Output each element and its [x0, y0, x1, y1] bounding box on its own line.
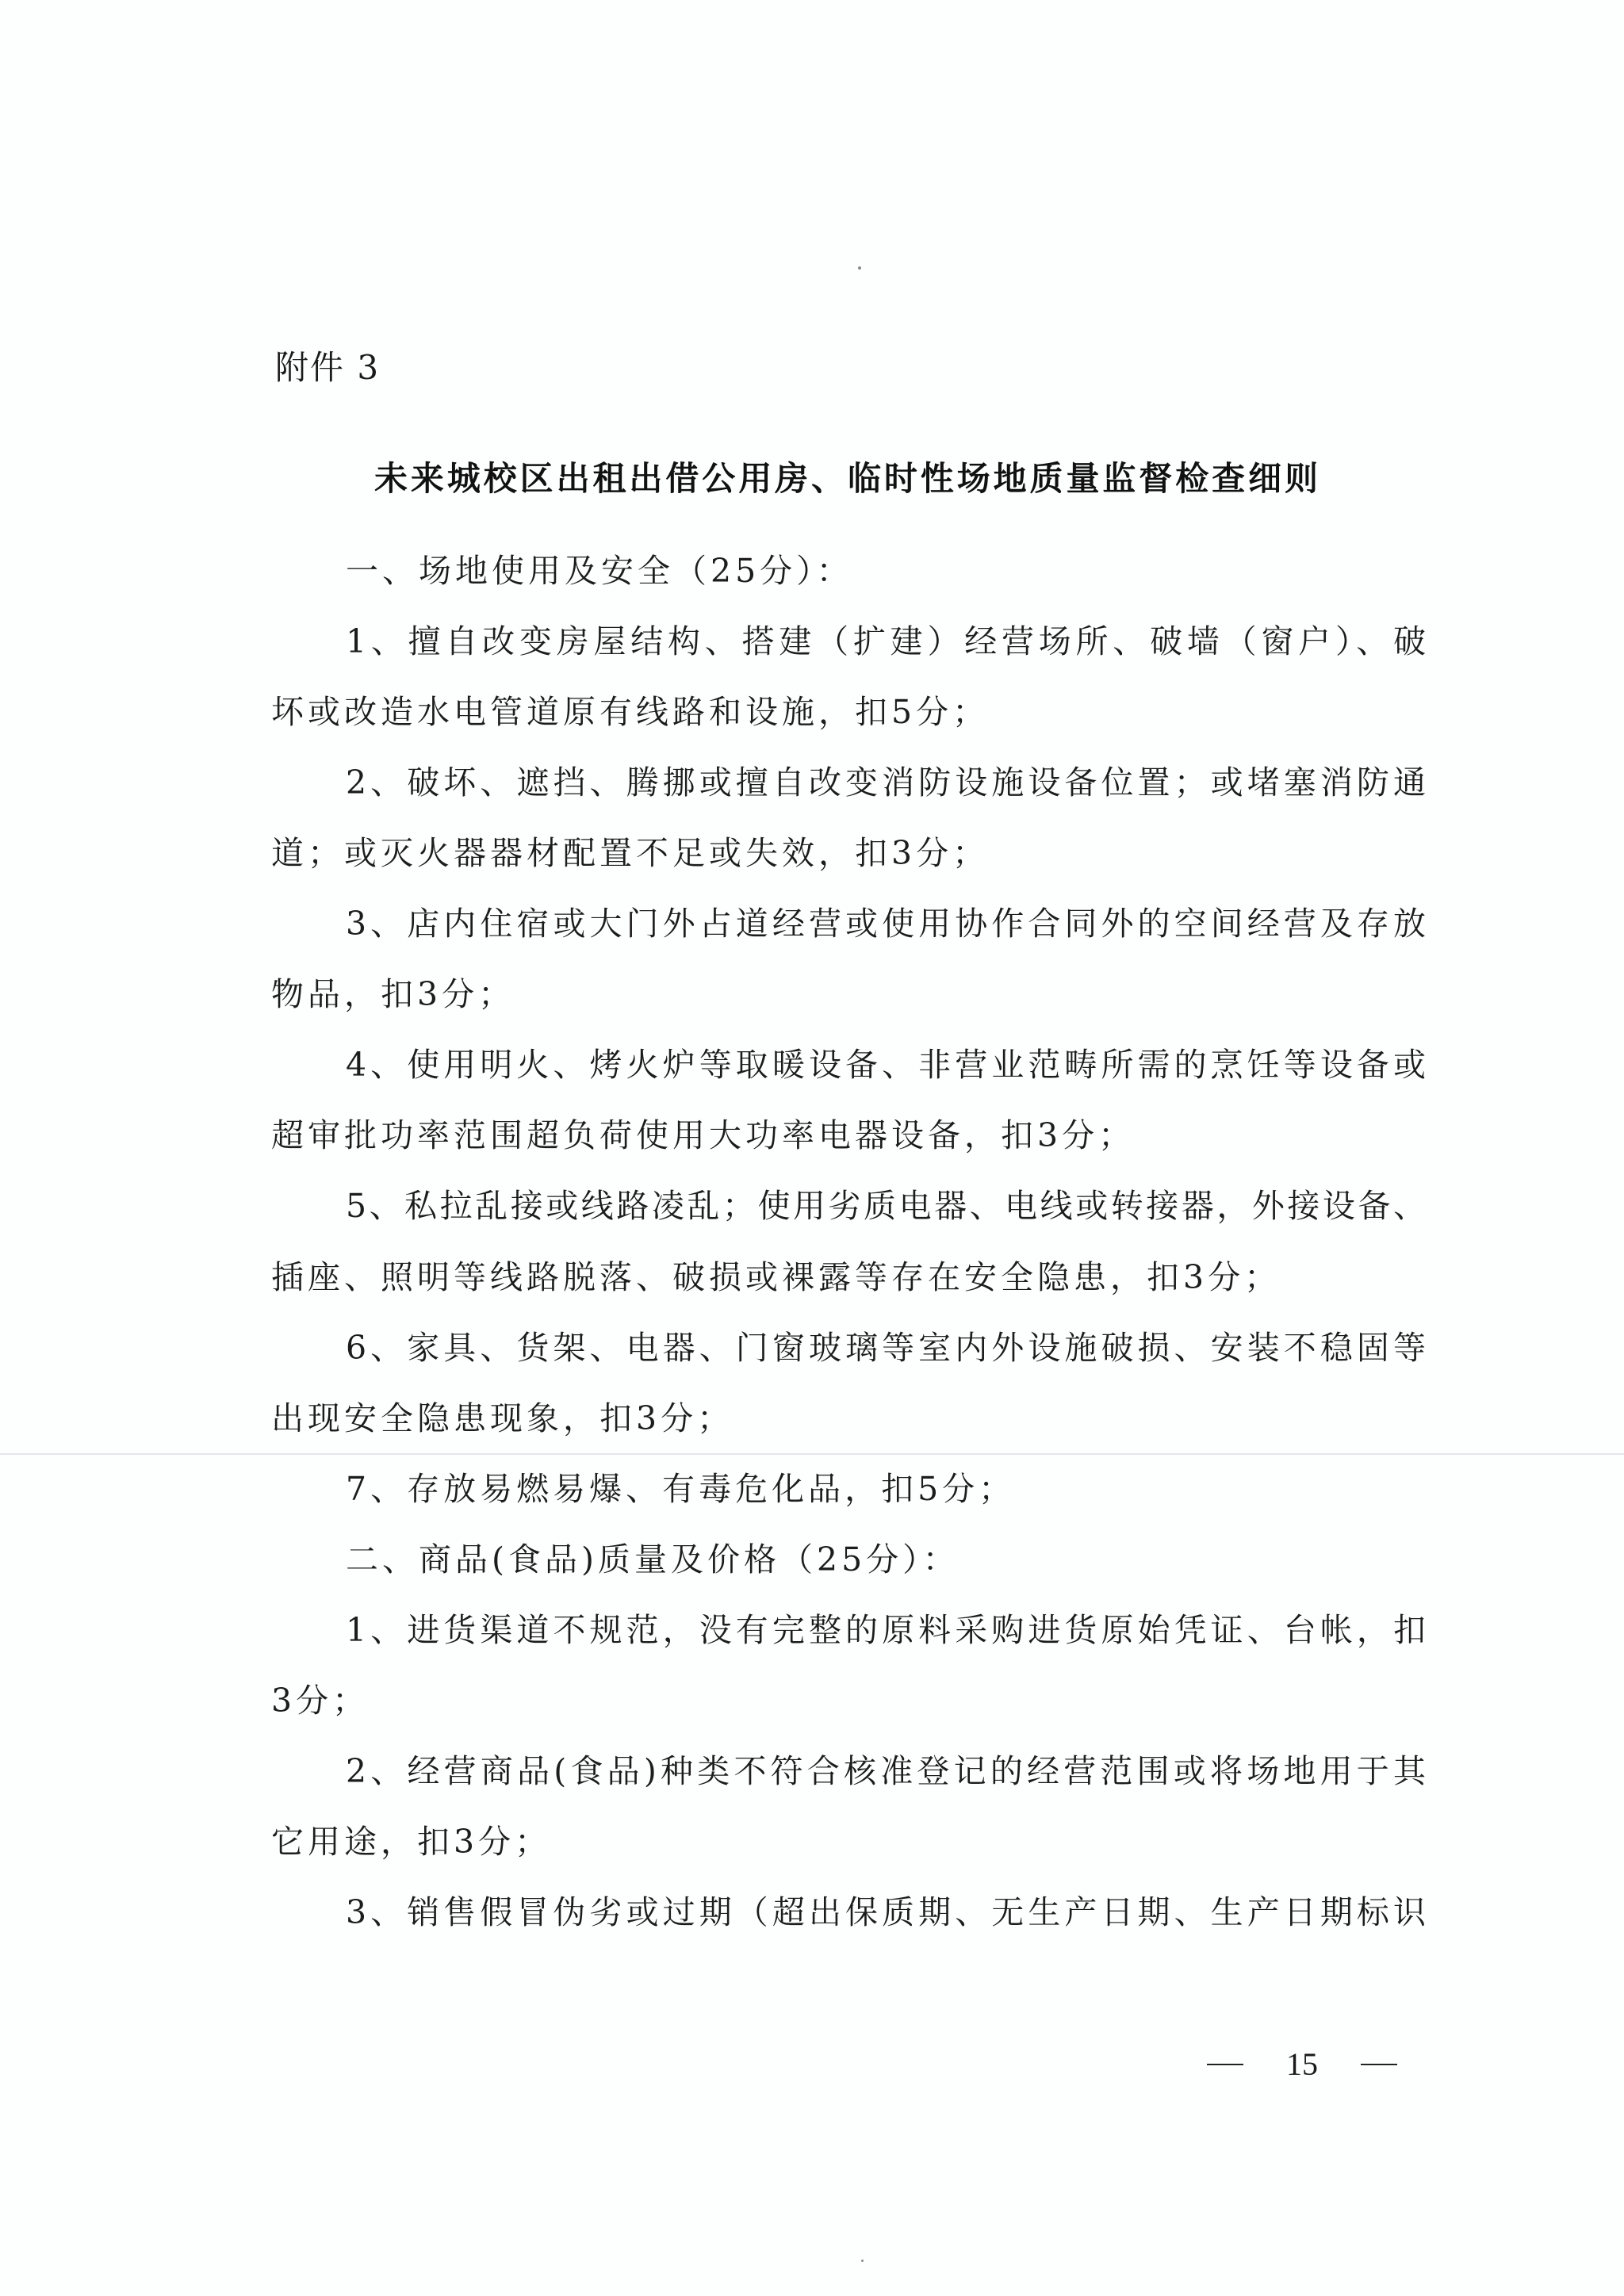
body-line: 2、经营商品(食品)种类不符合核准登记的经营范围或将场地用于其: [346, 1736, 1426, 1807]
body-line: 插座、照明等线路脱落、破损或裸露等存在安全隐患，扣3分；: [271, 1242, 1281, 1313]
body-line: 5、私拉乱接或线路凌乱；使用劣质电器、电线或转接器，外接设备、: [346, 1171, 1426, 1242]
body-line: 道；或灭火器器材配置不足或失效，扣3分；: [271, 818, 989, 889]
page-number: 15: [1207, 2047, 1397, 2082]
section-heading: 二、商品(食品)质量及价格（25分）：: [346, 1525, 959, 1595]
body-line: 物品，扣3分；: [271, 959, 515, 1030]
body-line: 3、店内住宿或大门外占道经营或使用协作合同外的空间经营及存放: [346, 889, 1426, 959]
body-line: 7、存放易燃易爆、有毒危化品，扣5分；: [346, 1454, 1015, 1525]
body-line: 2、破坏、遮挡、腾挪或擅自改变消防设施设备位置；或堵塞消防通: [346, 748, 1426, 818]
body-line: 1、擅自改变房屋结构、搭建（扩建）经营场所、破墙（窗户）、破: [346, 607, 1426, 677]
body-line: 出现安全隐患现象，扣3分；: [271, 1383, 733, 1454]
body-line: 3、销售假冒伪劣或过期（超出保质期、无生产日期、生产日期标识: [346, 1877, 1426, 1948]
scan-speck: [858, 266, 861, 270]
dash-right: [1361, 2064, 1397, 2065]
section-heading: 一、场地使用及安全（25分）：: [346, 536, 853, 607]
attachment-label: 附件 3: [275, 349, 380, 387]
body-line: 坏或改造水电管道原有线路和设施，扣5分；: [271, 677, 989, 748]
body-line: 6、家具、货架、电器、门窗玻璃等室内外设施破损、安装不稳固等: [346, 1313, 1426, 1383]
body-line: 超审批功率范围超负荷使用大功率电器设备，扣3分；: [271, 1100, 1135, 1171]
scan-speck: [861, 2260, 864, 2262]
body-line: 4、使用明火、烤火炉等取暖设备、非营业范畴所需的烹饪等设备或: [346, 1030, 1426, 1100]
body-line: 1、进货渠道不规范，没有完整的原料采购进货原始凭证、台帐，扣: [346, 1595, 1426, 1666]
body-line: 3分；: [271, 1666, 369, 1736]
dash-left: [1207, 2064, 1243, 2065]
document-page: 附件 3 未来城校区出租出借公用房、临时性场地质量监督检查细则 一、场地使用及安…: [0, 0, 1624, 2296]
page-number-value: 15: [1286, 2047, 1318, 2082]
body-line: 它用途，扣3分；: [271, 1807, 551, 1877]
document-title: 未来城校区出租出借公用房、临时性场地质量监督检查细则: [374, 460, 1318, 498]
